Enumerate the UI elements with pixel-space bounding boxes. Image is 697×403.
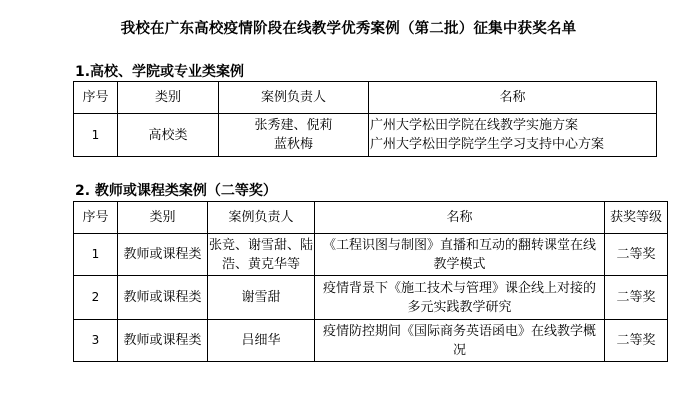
cell-category: 教师或课程类 — [118, 234, 208, 276]
header-name: 名称 — [315, 202, 605, 234]
table-row: 3 教师或课程类 吕细华 疫情防控期间《国际商务英语函电》在线教学概 况 二等奖 — [74, 320, 668, 362]
cell-no: 1 — [74, 234, 118, 276]
cell-category: 教师或课程类 — [118, 276, 208, 320]
leader-line-1: 张秀建、倪莉 — [220, 116, 367, 135]
cell-name: 疫情背景下《施工技术与管理》课企线上对接的 多元实践教学研究 — [315, 276, 605, 320]
cell-leader: 张竞、谢雪甜、陆 浩、黄克华等 — [208, 234, 315, 276]
header-leader: 案例负责人 — [208, 202, 315, 234]
section-2-heading: 2. 教师或课程类案例（二等奖） — [75, 180, 277, 200]
header-category: 类别 — [118, 202, 208, 234]
cell-name: 疫情防控期间《国际商务英语函电》在线教学概 况 — [315, 320, 605, 362]
name-line-1: 广州大学松田学院在线教学实施方案 — [370, 116, 655, 135]
table-row: 1 高校类 张秀建、倪莉 蓝秋梅 广州大学松田学院在线教学实施方案 广州大学松田… — [74, 114, 657, 157]
leader-line-2: 浩、黄克华等 — [209, 255, 313, 274]
name-line-2: 广州大学松田学院学生学习支持中心方案 — [370, 135, 655, 154]
header-leader: 案例负责人 — [219, 82, 369, 114]
cell-leader: 张秀建、倪莉 蓝秋梅 — [219, 114, 369, 157]
cell-name: 《工程识图与制图》直播和互动的翻转课堂在线 教学模式 — [315, 234, 605, 276]
header-no: 序号 — [74, 202, 118, 234]
cell-category: 高校类 — [118, 114, 219, 157]
name-line-2: 教学模式 — [316, 255, 603, 274]
cell-leader: 吕细华 — [208, 320, 315, 362]
leader-line-2: 蓝秋梅 — [220, 135, 367, 154]
cell-no: 3 — [74, 320, 118, 362]
header-category: 类别 — [118, 82, 219, 114]
cell-no: 2 — [74, 276, 118, 320]
section-1-heading: 1.高校、学院或专业类案例 — [75, 61, 244, 81]
leader-line-1: 张竞、谢雪甜、陆 — [209, 236, 313, 255]
cell-leader: 谢雪甜 — [208, 276, 315, 320]
table-row: 2 教师或课程类 谢雪甜 疫情背景下《施工技术与管理》课企线上对接的 多元实践教… — [74, 276, 668, 320]
header-no: 序号 — [74, 82, 118, 114]
cell-name: 广州大学松田学院在线教学实施方案 广州大学松田学院学生学习支持中心方案 — [369, 114, 657, 157]
name-line-2: 多元实践教学研究 — [316, 298, 603, 317]
cell-award: 二等奖 — [605, 320, 668, 362]
table-teacher-cases: 序号 类别 案例负责人 名称 获奖等级 1 教师或课程类 张竞、谢雪甜、陆 浩、… — [73, 201, 668, 362]
name-line-1: 疫情背景下《施工技术与管理》课企线上对接的 — [316, 279, 603, 298]
name-line-1: 疫情防控期间《国际商务英语函电》在线教学概 — [316, 322, 603, 341]
name-line-2: 况 — [316, 341, 603, 360]
header-award: 获奖等级 — [605, 202, 668, 234]
cell-award: 二等奖 — [605, 276, 668, 320]
table-institution-cases: 序号 类别 案例负责人 名称 1 高校类 张秀建、倪莉 蓝秋梅 广州大学松田学院… — [73, 81, 657, 157]
cell-category: 教师或课程类 — [118, 320, 208, 362]
table-row: 1 教师或课程类 张竞、谢雪甜、陆 浩、黄克华等 《工程识图与制图》直播和互动的… — [74, 234, 668, 276]
cell-no: 1 — [74, 114, 118, 157]
table-header-row: 序号 类别 案例负责人 名称 获奖等级 — [74, 202, 668, 234]
name-line-1: 《工程识图与制图》直播和互动的翻转课堂在线 — [316, 236, 603, 255]
cell-award: 二等奖 — [605, 234, 668, 276]
document-title: 我校在广东高校疫情阶段在线教学优秀案例（第二批）征集中获奖名单 — [0, 17, 697, 38]
header-name: 名称 — [369, 82, 657, 114]
table-header-row: 序号 类别 案例负责人 名称 — [74, 82, 657, 114]
